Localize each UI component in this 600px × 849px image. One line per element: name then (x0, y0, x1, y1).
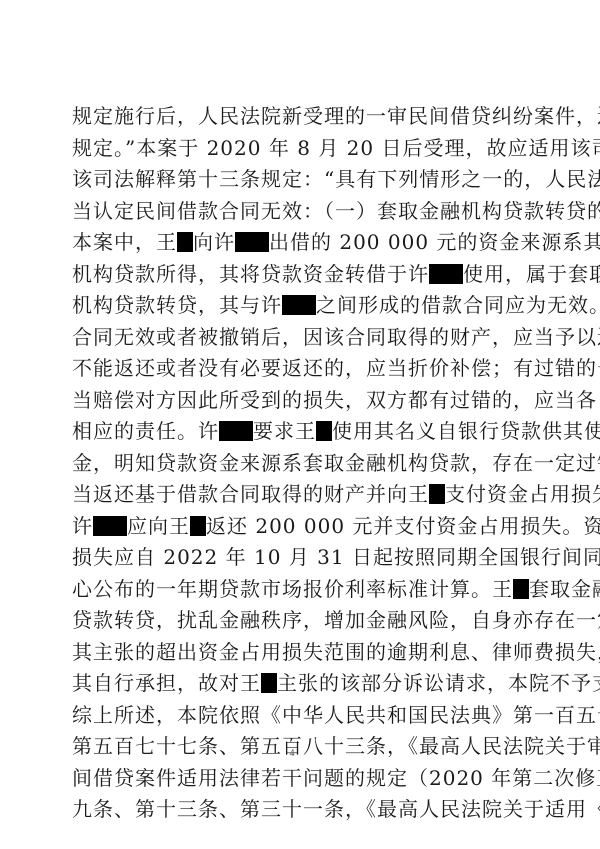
text-segment: 该司法解释第十三条规定：“具有下列情形之一的，人民法院应 (72, 167, 600, 191)
redaction-box (177, 232, 193, 252)
redaction-box (429, 264, 463, 284)
text-line: 当赔偿对方因此所受到的损失，双方都有过错的，应当各自承担 (72, 388, 524, 412)
text-segment: 九条、第十三条、第三十一条，《最高人民法院关于适用〈中华 (72, 797, 600, 821)
text-segment: 当赔偿对方因此所受到的损失，双方都有过错的，应当各自承担 (72, 388, 600, 412)
text-segment: 返还 200 000 元并支付资金占用损失。资金占用 (206, 514, 600, 538)
text-segment: 当返还基于借款合同取得的财产并向王 (72, 482, 429, 506)
text-line: 心公布的一年期贷款市场报价利率标准计算。王套取金融机构 (72, 577, 524, 601)
text-segment: 心公布的一年期贷款市场报价利率标准计算。王 (72, 577, 513, 601)
text-segment: 间借贷案件适用法律若干问题的规定（2020 年第二次修正）》第 (72, 766, 600, 790)
text-segment: 机构贷款所得，其将贷款资金转借于许 (72, 262, 429, 286)
text-line: 金，明知贷款资金来源系套取金融机构贷款，存在一定过错，应 (72, 451, 524, 475)
text-line: 第五百七十七条、第五百八十三条，《最高人民法院关于审理民 (72, 734, 524, 758)
text-segment: 金，明知贷款资金来源系套取金融机构贷款，存在一定过错，应 (72, 451, 600, 475)
text-segment: 综上所述，本院依照《中华人民共和国民法典》第一百五十三条、 (72, 703, 600, 727)
text-segment: 其自行承担，故对王 (72, 671, 261, 695)
text-line: 机构贷款转贷，其与许之间形成的借款合同应为无效。借款 (72, 293, 524, 317)
text-segment: 许 (72, 514, 93, 538)
text-line: 损失应自 2022 年 10 月 31 日起按照同期全国银行间同业拆借中 (72, 545, 524, 569)
text-line: 间借贷案件适用法律若干问题的规定（2020 年第二次修正）》第 (72, 766, 524, 790)
text-segment: 贷款转贷，扰乱金融秩序，增加金融风险，自身亦存在一定过错， (72, 608, 600, 632)
redaction-box (316, 421, 332, 441)
text-line: 规定施行后，人民法院新受理的一审民间借贷纠纷案件，适用本 (72, 104, 524, 128)
text-segment: 其主张的超出资金占用损失范围的逾期利息、律师费损失，应由 (72, 640, 600, 664)
text-segment: 合同无效或者被撤销后，因该合同取得的财产，应当予以返还； (72, 325, 600, 349)
text-segment: 相应的责任。许 (72, 419, 219, 443)
text-segment: 当认定民间借款合同无效：（一）套取金融机构贷款转贷的……” (72, 199, 600, 223)
text-line: 贷款转贷，扰乱金融秩序，增加金融风险，自身亦存在一定过错， (72, 608, 524, 632)
text-segment: 出借的 200 000 元的资金来源系其自金融 (269, 230, 600, 254)
text-segment: 机构贷款转贷，其与许 (72, 293, 282, 317)
text-line: 当返还基于借款合同取得的财产并向王支付资金占用损失，故 (72, 482, 524, 506)
text-segment: 应向王 (127, 514, 190, 538)
redaction-box (261, 673, 277, 693)
text-segment: 使用，属于套取金融 (463, 262, 600, 286)
text-segment: 第五百七十七条、第五百八十三条，《最高人民法院关于审理民 (72, 734, 600, 758)
text-line: 机构贷款所得，其将贷款资金转借于许使用，属于套取金融 (72, 262, 524, 286)
text-segment: 本案中，王 (72, 230, 177, 254)
redaction-box (282, 295, 316, 315)
text-segment: 使用其名义自银行贷款供其使用资 (332, 419, 600, 443)
text-line: 本案中，王向许出借的 200 000 元的资金来源系其自金融 (72, 230, 524, 254)
text-line: 当认定民间借款合同无效：（一）套取金融机构贷款转贷的……” (72, 199, 524, 223)
redaction-box (190, 516, 206, 536)
text-segment: 规定施行后，人民法院新受理的一审民间借贷纠纷案件，适用本 (72, 104, 600, 128)
text-segment: 不能返还或者没有必要返还的，应当折价补偿；有过错的一方应 (72, 356, 600, 380)
text-segment: 套取金融机构 (529, 577, 600, 601)
text-line: 九条、第十三条、第三十一条，《最高人民法院关于适用〈中华 (72, 797, 524, 821)
text-segment: 主张的该部分诉讼请求，本院不予支持。 (277, 671, 600, 695)
text-line: 其自行承担，故对王主张的该部分诉讼请求，本院不予支持。 (72, 671, 524, 695)
page-number: 4 (286, 748, 298, 759)
text-segment: 支付资金占用损失，故 (445, 482, 600, 506)
redaction-box (235, 232, 269, 252)
text-segment: 规定。”本案于 2020 年 8 月 20 日后受理，故应适用该司法解释。 (72, 136, 600, 160)
text-segment: 要求王 (253, 419, 316, 443)
redaction-box (429, 484, 445, 504)
text-segment: 损失应自 2022 年 10 月 31 日起按照同期全国银行间同业拆借中 (72, 545, 600, 569)
text-line: 规定。”本案于 2020 年 8 月 20 日后受理，故应适用该司法解释。 (72, 136, 524, 160)
text-segment: 向许 (193, 230, 235, 254)
text-line: 许应向王返还 200 000 元并支付资金占用损失。资金占用 (72, 514, 524, 538)
text-line: 不能返还或者没有必要返还的，应当折价补偿；有过错的一方应 (72, 356, 524, 380)
text-line: 其主张的超出资金占用损失范围的逾期利息、律师费损失，应由 (72, 640, 524, 664)
text-line: 相应的责任。许要求王使用其名义自银行贷款供其使用资 (72, 419, 524, 443)
redaction-box (513, 579, 529, 599)
redaction-box (93, 516, 127, 536)
text-line: 综上所述，本院依照《中华人民共和国民法典》第一百五十三条、 (72, 703, 524, 727)
redaction-box (219, 421, 253, 441)
text-line: 该司法解释第十三条规定：“具有下列情形之一的，人民法院应 (72, 167, 524, 191)
text-segment: 之间形成的借款合同应为无效。借款 (316, 293, 600, 317)
document-page: 规定施行后，人民法院新受理的一审民间借贷纠纷案件，适用本规定。”本案于 2020… (0, 0, 600, 849)
text-line: 合同无效或者被撤销后，因该合同取得的财产，应当予以返还； (72, 325, 524, 349)
